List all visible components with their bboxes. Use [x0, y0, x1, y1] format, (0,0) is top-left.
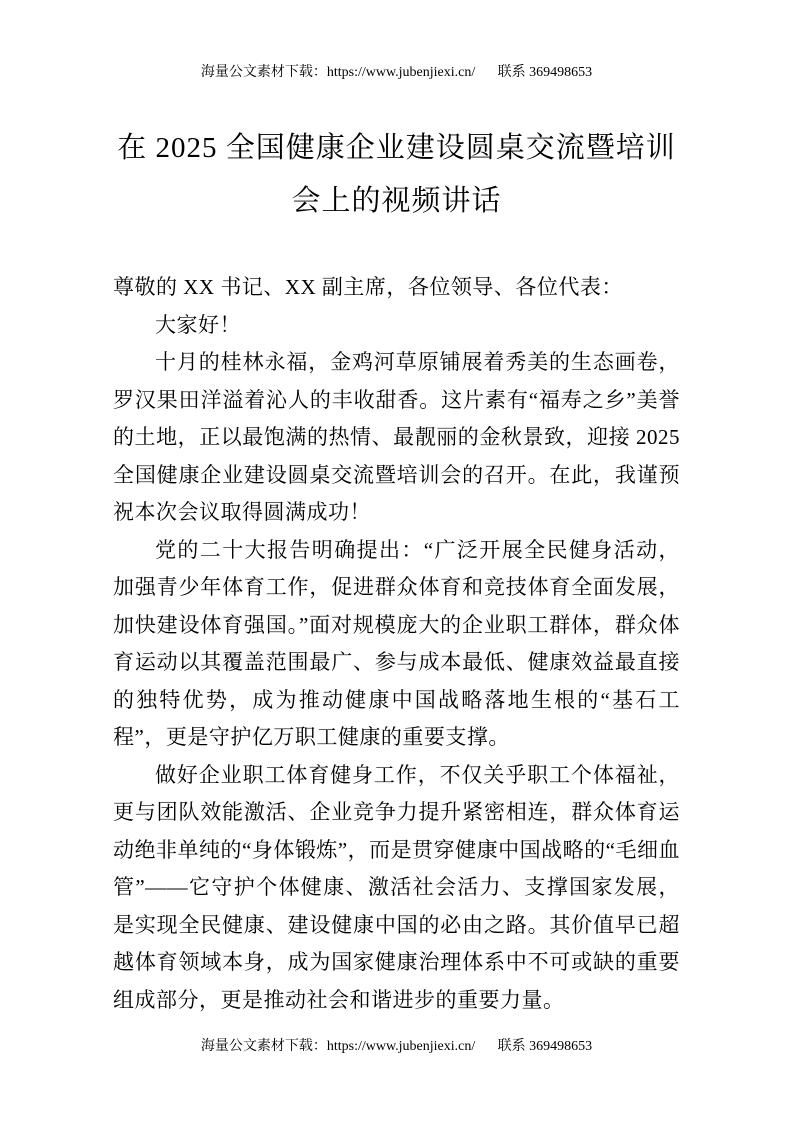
paragraph-intro: 十月的桂林永福，金鸡河草原铺展着秀美的生态画卷，罗汉果田洋溢着沁人的丰收甜香。这… — [113, 344, 680, 532]
paragraph-significance: 做好企业职工体育健身工作，不仅关乎职工个体福祉，更与团队效能激活、企业竞争力提升… — [113, 757, 680, 1020]
document-body: 尊敬的 XX 书记、XX 副主席，各位领导、各位代表： 大家好！ 十月的桂林永福… — [113, 269, 680, 1019]
paragraph-policy: 党的二十大报告明确提出：“广泛开展全民健身活动，加强青少年体育工作，促进群众体育… — [113, 532, 680, 757]
document-page: 海量公文素材下载：https://www.jubenjiexi.cn/联系 36… — [0, 0, 793, 1122]
header-watermark-contact: 联系 369498653 — [498, 65, 593, 80]
document-title-line-1: 在 2025 全国健康企业建设圆桌交流暨培训 — [117, 132, 676, 164]
footer-watermark-url: https://www.jubenjiexi.cn/ — [327, 1039, 475, 1054]
salutation-line: 尊敬的 XX 书记、XX 副主席，各位领导、各位代表： — [113, 269, 680, 307]
document-title: 在 2025 全国健康企业建设圆桌交流暨培训 会上的视频讲话 — [113, 0, 680, 228]
footer-watermark-contact: 联系 369498653 — [498, 1039, 593, 1054]
document-footer: 海量公文素材下载：https://www.jubenjiexi.cn/联系 36… — [0, 1038, 793, 1056]
document-header: 海量公文素材下载：https://www.jubenjiexi.cn/联系 36… — [0, 64, 793, 82]
header-watermark-label: 海量公文素材下载： — [201, 65, 327, 80]
paragraph-greeting: 大家好！ — [113, 307, 680, 345]
document-title-line-2: 会上的视频讲话 — [291, 185, 501, 217]
header-watermark-url: https://www.jubenjiexi.cn/ — [327, 65, 475, 80]
footer-watermark-label: 海量公文素材下载： — [201, 1039, 327, 1054]
